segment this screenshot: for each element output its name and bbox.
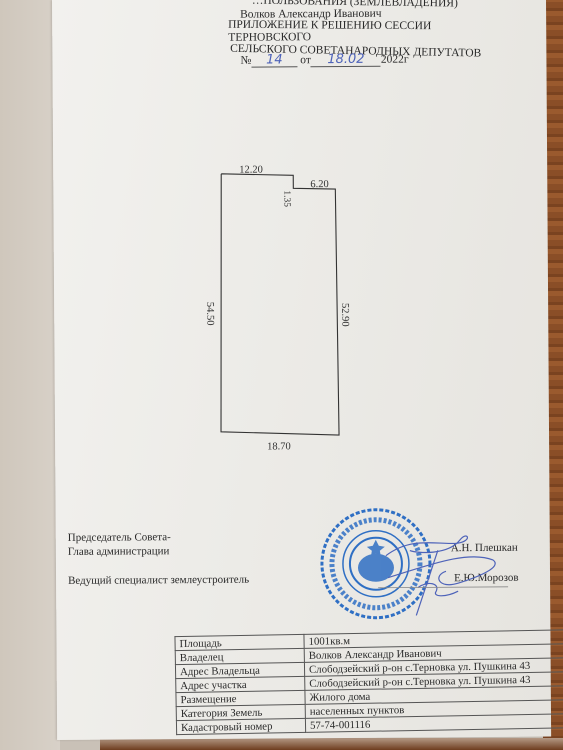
label-top-left: 12.20: [239, 165, 263, 176]
label-left-side: 54.50: [204, 302, 215, 326]
coat-of-arms-icon: [358, 540, 394, 582]
plot-info-table: Площадь1001кв.м ВладелецВолков Александр…: [174, 629, 563, 735]
label-top-right: 6.20: [310, 179, 328, 190]
surveyor-role: Ведущий специалист землеустроитель: [68, 574, 249, 587]
label-right-side: 52.90: [339, 303, 350, 327]
plot-outline: [219, 173, 339, 436]
plot-plan-drawing: 12.20 6.20 1.35 54.50 52.90 18.70: [52, 0, 549, 500]
wooden-surface-bottom: [100, 738, 563, 750]
label-notch: 1.35: [281, 190, 291, 207]
row-key: Кадастровый номер: [176, 718, 305, 734]
chairman-role-line1: Председатель Совета-: [68, 531, 171, 544]
chairman-role-line2: Глава администрации: [68, 545, 170, 558]
document-page: …ПОЛЬЗОВАНИЯ (ЗЕМЛЕВЛАДЕНИЯ) Волков Алек…: [52, 0, 551, 740]
official-stamp: [318, 505, 519, 626]
label-bottom-side: 18.70: [267, 441, 291, 452]
background-sheet: [0, 0, 60, 750]
